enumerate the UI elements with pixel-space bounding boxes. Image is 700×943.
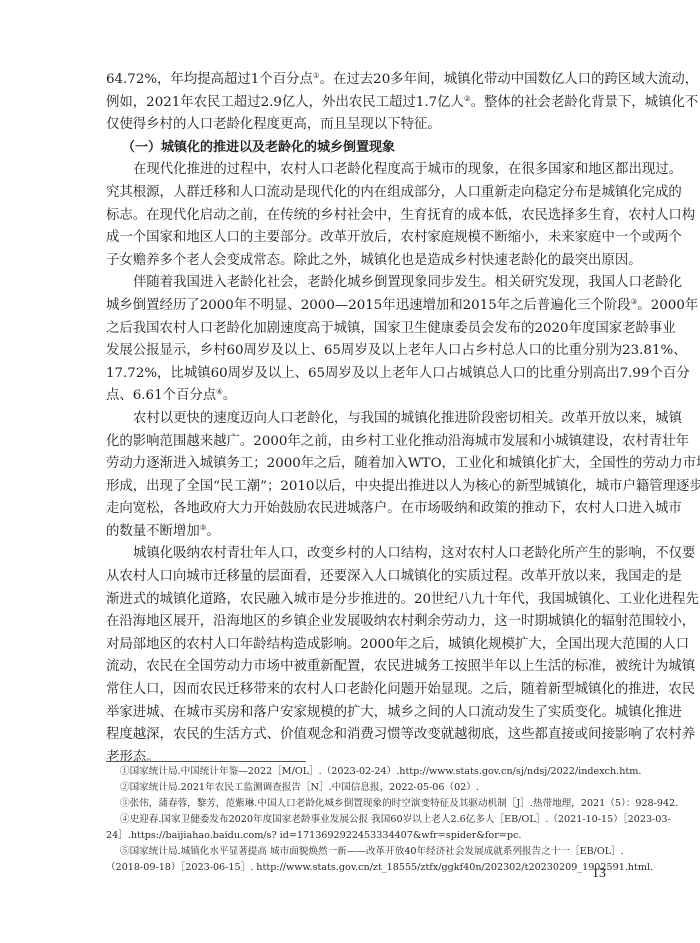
footnote-2: ②国家统计局.2021年农民工监测调查报告［N］.中国信息报，2022-05-0… <box>106 780 606 796</box>
text-line: 走向宽松，各地政府大力开始鼓励农民进城落户。在市场吸纳和政策的推动下，农村人口进… <box>106 498 606 521</box>
text-line: 从农村人口向城市迁移量的层面看，还要深入人口城镇化的实质过程。改革开放以来，我国… <box>106 566 606 589</box>
text-line: 成一个国家和地区人口的主要部分。改革开放后，农村家庭规模不断缩小，未来家庭中一个… <box>106 227 606 250</box>
text-line: 17.72%，比城镇60周岁及以上、65周岁及以上老年人口占城镇总人口的比重分别… <box>106 363 606 386</box>
text-line: 形成，出现了全国“民工潮”；2010以后，中央提出推进以人为核心的新型城镇化，城… <box>106 476 606 499</box>
text-line: 农村以更快的速度迈向人口老龄化，与我国的城镇化推进阶段密切相关。改革开放以来，城… <box>106 408 606 431</box>
text-line: 劳动力逐渐进入城镇务工；2000年之后，随着加入WTO，工业化和城镇化扩大，全国… <box>106 453 606 476</box>
text-line: 的数量不断增加⑤。 <box>106 521 606 544</box>
text-line: 例如，2021年农民工超过2.9亿人，外出农民工超过1.7亿人②。整体的社会老龄… <box>106 92 606 115</box>
footnote-3: ③张伟，蒲春蓉，黎芳，范紫琳.中国人口老龄化城乡倒置现象的时空演变特征及其驱动机… <box>106 796 606 812</box>
text-line: 流动，农民在全国劳动力市场中被重新配置，农民进城务工按照半年以上生活的标准，被统… <box>106 656 606 679</box>
footnote-1: ①国家统计局.中国统计年鉴—2022［M/OL］.（2023-02-24）.ht… <box>106 764 606 780</box>
text-line: 常住人口，因而农民迁移带来的农村人口老龄化问题开始显现。之后，随着新型城镇化的推… <box>106 679 606 702</box>
text-line: 究其根源，人群迁移和人口流动是现代化的内在组成部分，人口重新走向稳定分布是城镇化… <box>106 182 606 205</box>
footnote-5-cont: （2018-09-18）［2023-06-15］. http://www.sta… <box>106 860 606 876</box>
body-text: 64.72%，年均提高超过1个百分点①。在过去20多年间，城镇化带动中国数亿人口… <box>106 69 606 769</box>
footnote-divider <box>106 761 306 762</box>
footnote-4: ④史迎春.国家卫健委发布2020年度国家老龄事业发展公报 我国60岁以上老人2.… <box>106 812 606 828</box>
text-line: 在现代化推进的过程中，农村人口老龄化程度高于城市的现象，在很多国家和地区都出现过… <box>106 159 606 182</box>
text-line: 化的影响范围越来越广。2000年之前，由乡村工业化推动沿海城市发展和小城镇建设，… <box>106 431 606 454</box>
text-line: 渐进式的城镇化道路，农民融入城市是分步推进的。20世纪八九十年代，我国城镇化、工… <box>106 589 606 612</box>
text-line: 对局部地区的农村人口年龄结构造成影响。2000年之后，城镇化规模扩大，全国出现大… <box>106 634 606 657</box>
text-line: 程度越深，农民的生活方式、价值观念和消费习惯等改变就越彻底，这些都直接或间接影响… <box>106 724 606 747</box>
footnote-ref[interactable]: ② <box>464 94 471 103</box>
text-line: 城镇化吸纳农村青壮年人口，改变乡村的人口结构，这对农村人口老龄化所产生的影响，不… <box>106 543 606 566</box>
text-line: 点、6.61个百分点④。 <box>106 385 606 408</box>
footnote-4-cont: 24］.https://baijiahao.baidu.com/s? id=17… <box>106 828 606 844</box>
text-line: 仅使得乡村的人口老龄化程度更高，而且呈现以下特征。 <box>106 114 606 137</box>
text-line: 标志。在现代化启动之前，在传统的乡村社会中，生育抚育的成本低，农民选择多生育，农… <box>106 205 606 228</box>
footnote-5: ⑤国家统计局.城镇化水平显著提高 城市面貌焕然一新——改革开放40年经济社会发展… <box>106 844 606 860</box>
footnote-ref[interactable]: ④ <box>216 387 223 396</box>
document-page: 64.72%，年均提高超过1个百分点①。在过去20多年间，城镇化带动中国数亿人口… <box>0 0 700 943</box>
text-line: 伴随着我国进入老龄化社会，老龄化城乡倒置现象同步发生。相关研究发现，我国人口老龄… <box>106 272 606 295</box>
page-number: 13 <box>566 866 606 882</box>
text-line: 64.72%，年均提高超过1个百分点①。在过去20多年间，城镇化带动中国数亿人口… <box>106 69 606 92</box>
text-line: 之后我国农村人口老龄化加剧速度高于城镇，国家卫生健康委员会发布的2020年度国家… <box>106 318 606 341</box>
section-heading: （一）城镇化的推进以及老龄化的城乡倒置现象 <box>106 137 606 160</box>
text-line: 城乡倒置经历了2000年不明显、2000—2015年迅速增加和2015年之后普遍… <box>106 295 606 318</box>
footnotes: ①国家统计局.中国统计年鉴—2022［M/OL］.（2023-02-24）.ht… <box>106 764 606 876</box>
text-line: 举家进城、在城市买房和落户安家规模的扩大，城乡之间的人口流动发生了实质变化。城镇… <box>106 702 606 725</box>
text-line: 在沿海地区展开，沿海地区的乡镇企业发展吸纳农村剩余劳动力，这一时期城镇化的辐射范… <box>106 611 606 634</box>
footnote-ref[interactable]: ① <box>313 71 320 80</box>
text-line: 发展公报显示，乡村60周岁及以上、65周岁及以上老年人口占乡村总人口的比重分别为… <box>106 340 606 363</box>
text-line: 子女赡养多个老人会变成常态。除此之外，城镇化也是造成乡村快速老龄化的最突出原因。 <box>106 250 606 273</box>
